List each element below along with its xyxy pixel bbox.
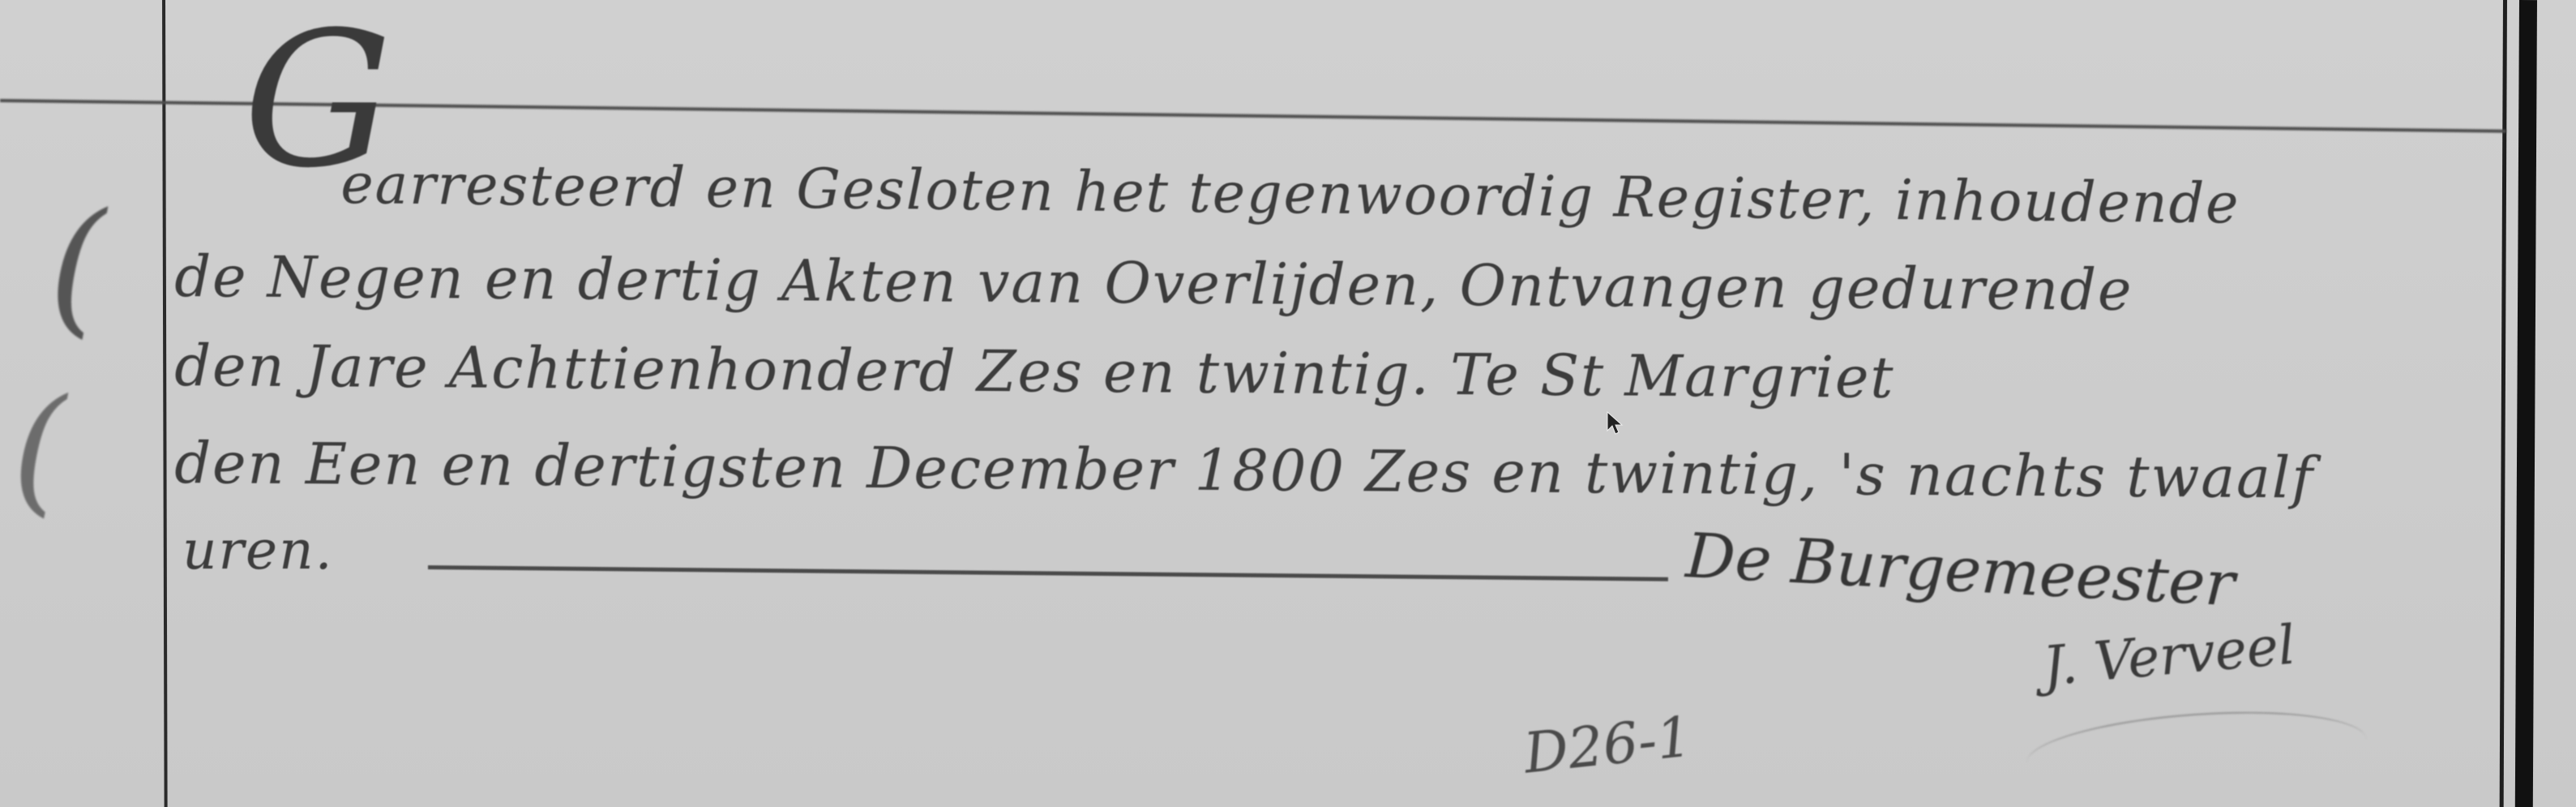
closing-dash-rule xyxy=(428,565,1668,582)
handwritten-line-5: uren. xyxy=(182,519,334,582)
left-margin-rule xyxy=(162,0,168,807)
handwritten-line-1: earresteerd en Gesloten het tegenwoordig… xyxy=(340,152,2240,237)
burgemeester-title: De Burgemeester xyxy=(1684,519,2236,620)
document-page: ( ( G earresteerd en Gesloten het tegenw… xyxy=(0,0,2576,807)
handwritten-line-4: den Een en dertigsten December 1800 Zes … xyxy=(174,430,2314,511)
archive-reference-mark: D26-1 xyxy=(1521,705,1694,786)
handwritten-line-3: den Jare Achttienhonderd Zes en twintig.… xyxy=(174,333,1895,411)
handwritten-line-2: de Negen en dertig Akten van Overlijden,… xyxy=(174,243,2133,324)
margin-flourish: ( xyxy=(12,381,66,519)
margin-flourish: ( xyxy=(49,195,105,341)
mayor-signature: J. Verveel xyxy=(2040,614,2298,698)
signature-flourish xyxy=(2024,702,2368,800)
right-border-thin-rule xyxy=(2500,0,2507,807)
right-border-thick-rule xyxy=(2515,0,2537,807)
